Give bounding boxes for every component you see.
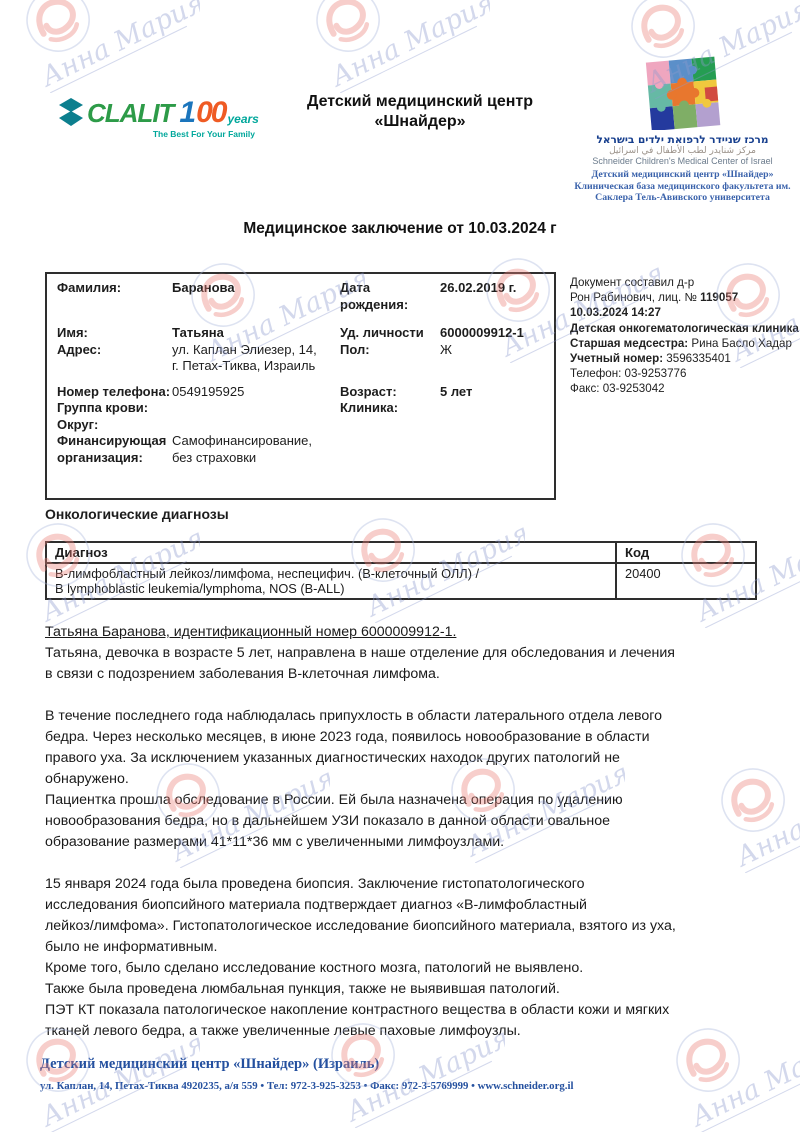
anna-maria-logo-icon: Анна Мария: [10, 0, 200, 93]
label-phone: Номер телефона:: [57, 384, 172, 401]
label-district: Округ:: [57, 417, 172, 434]
doc-head-nurse: Старшая медсестра: Рина Басло Хадар: [570, 336, 800, 351]
schneider-english-name: Schneider Children's Medical Center of I…: [565, 156, 800, 166]
patient-row-funding: Финансирующая организация: Самофинансиро…: [57, 433, 554, 466]
label-blood-group: Группа крови:: [57, 400, 172, 417]
value-birthdate: 26.02.2019 г.: [440, 280, 554, 313]
diagnosis-header-row: Диагноз Код: [46, 542, 756, 563]
label-funding-org: Финансирующая организация:: [57, 433, 169, 466]
clalit-symbol-icon: [58, 97, 84, 127]
value-id: 6000009912-1: [440, 325, 554, 342]
paragraph-biopsy-findings: 15 января 2024 года была проведена биопс…: [45, 874, 765, 1042]
doc-doctor-name: Рон Рабинович, лиц. №: [570, 291, 700, 304]
value-clinic: [440, 400, 554, 417]
svg-text:Анна Мария: Анна Мария: [325, 0, 490, 93]
clalit-logo: CLALIT 1 00 years The Best For Your Fami…: [58, 97, 263, 139]
account-number-value: 3596335401: [663, 352, 731, 365]
schneider-russian-line1: Детский медицинский центр «Шнайдер»: [565, 169, 800, 181]
clalit-100-digits-00: 00: [196, 99, 225, 127]
patient-info-table: Фамилия: Баранова Дата рождения: 26.02.2…: [45, 272, 556, 500]
value-sex: Ж: [440, 342, 554, 375]
clalit-100-digit-1: 1: [179, 99, 196, 127]
doc-fax: Факс: 03-9253042: [570, 381, 800, 396]
doc-composed-by: Документ составил д-р: [570, 275, 800, 290]
diagnosis-cell: В-лимфобластный лейкоз/лимфома, неспециф…: [46, 563, 616, 599]
label-age: Возраст:: [340, 384, 440, 401]
schneider-russian-name: Детский медицинский центр «Шнайдер» Клин…: [565, 169, 800, 204]
diagnosis-code-cell: 20400: [616, 563, 756, 599]
diagnosis-data-row: В-лимфобластный лейкоз/лимфома, неспециф…: [46, 563, 756, 599]
schneider-russian-line3: Саклера Тель-Авивского университета: [565, 192, 800, 204]
patient-identification-line: Татьяна Баранова, идентификационный номе…: [45, 622, 765, 643]
label-firstname: Имя:: [57, 325, 172, 342]
medical-report-page: Анна Мария Анна Мария Анна Мария: [0, 0, 800, 1132]
diagnosis-column-header: Диагноз: [46, 542, 616, 563]
watermark-anna-maria-stamp: Анна Мария: [10, 0, 200, 93]
code-column-header: Код: [616, 542, 756, 563]
label-id: Уд. личности: [340, 325, 440, 342]
value-age: 5 лет: [440, 384, 554, 401]
label-clinic: Клиника:: [340, 400, 440, 417]
doctor-info-block: Документ составил д-р Рон Рабинович, лиц…: [570, 275, 800, 397]
report-body: Татьяна Баранова, идентификационный номе…: [45, 622, 765, 1042]
footer-center-name: Детский медицинский центр «Шнайдер» (Изр…: [40, 1056, 770, 1073]
clalit-wordmark: CLALIT: [87, 99, 173, 127]
value-surname: Баранова: [172, 280, 340, 313]
clalit-years-label: years: [227, 111, 258, 127]
schneider-russian-line2: Клиническая база медицинского факультета…: [565, 181, 800, 193]
label-address: Адрес:: [57, 342, 172, 375]
doc-clinic-name: Детская онкогематологическая клиника: [570, 321, 800, 336]
paragraph-referral: Татьяна, девочка в возрасте 5 лет, напра…: [45, 643, 765, 685]
patient-row-address: Адрес: ул. Каплан Элиезер, 14, г. Петах-…: [57, 342, 554, 375]
patient-row-district: Округ:: [57, 417, 554, 434]
doc-doctor-license: Рон Рабинович, лиц. № 119057: [570, 290, 800, 305]
document-title: Медицинское заключение от 10.03.2024 г: [0, 220, 800, 238]
head-nurse-name: Рина Басло Хадар: [688, 337, 792, 350]
doc-datetime: 10.03.2024 14:27: [570, 305, 800, 320]
value-blood-group: [172, 400, 340, 417]
doc-license-number: 119057: [700, 291, 738, 304]
label-sex: Пол:: [340, 342, 440, 375]
header-title-line1: Детский медицинский центр: [290, 92, 550, 112]
header-title-line2: «Шнайдер»: [290, 112, 550, 132]
clalit-tagline: The Best For Your Family: [58, 129, 263, 139]
doc-account-number: Учетный номер: 3596335401: [570, 351, 800, 366]
head-nurse-label: Старшая медсестра:: [570, 337, 688, 350]
header-center-title: Детский медицинский центр «Шнайдер»: [290, 92, 550, 132]
schneider-hebrew-name: מרכז שניידר לרפואת ילדים בישראל: [565, 134, 800, 146]
paragraph-history: В течение последнего года наблюдалась пр…: [45, 706, 765, 853]
patient-row-blood: Группа крови: Клиника:: [57, 400, 554, 417]
anna-maria-logo-icon: Анна Мария: [300, 0, 490, 93]
value-funding-org: Самофинансирование, без страховки: [172, 433, 322, 466]
oncology-section-heading: Онкологические диагнозы: [45, 506, 229, 522]
value-firstname: Татьяна: [172, 325, 340, 342]
schneider-puzzle-icon: [642, 56, 724, 130]
value-phone: 0549195925: [172, 384, 340, 401]
patient-row-phone: Номер телефона: 0549195925 Возраст: 5 ле…: [57, 384, 554, 401]
patient-row-surname: Фамилия: Баранова Дата рождения: 26.02.2…: [57, 280, 554, 313]
account-number-label: Учетный номер:: [570, 352, 663, 365]
patient-row-name: Имя: Татьяна Уд. личности 6000009912-1: [57, 325, 554, 342]
schneider-logo-block: מרכז שניידר לרפואת ילדים בישראל مركز شنا…: [565, 56, 800, 204]
label-surname: Фамилия:: [57, 280, 172, 313]
page-footer: Детский медицинский центр «Шнайдер» (Изр…: [40, 1056, 770, 1092]
doc-phone: Телефон: 03-9253776: [570, 366, 800, 381]
label-birthdate: Дата рождения:: [340, 280, 440, 313]
value-address: ул. Каплан Элиезер, 14, г. Петах-Тиква, …: [172, 342, 322, 375]
svg-text:Анна Мария: Анна Мария: [35, 0, 200, 93]
watermark-anna-maria-stamp: Анна Мария: [300, 0, 490, 93]
schneider-arabic-name: مركز شنايدر لطب الأطفال في اسرائيل: [565, 146, 800, 156]
diagnosis-table: Диагноз Код В-лимфобластный лейкоз/лимфо…: [45, 541, 757, 600]
footer-contact-line: ул. Каплан, 14, Петах-Тиква 4920235, а/я…: [40, 1080, 770, 1092]
